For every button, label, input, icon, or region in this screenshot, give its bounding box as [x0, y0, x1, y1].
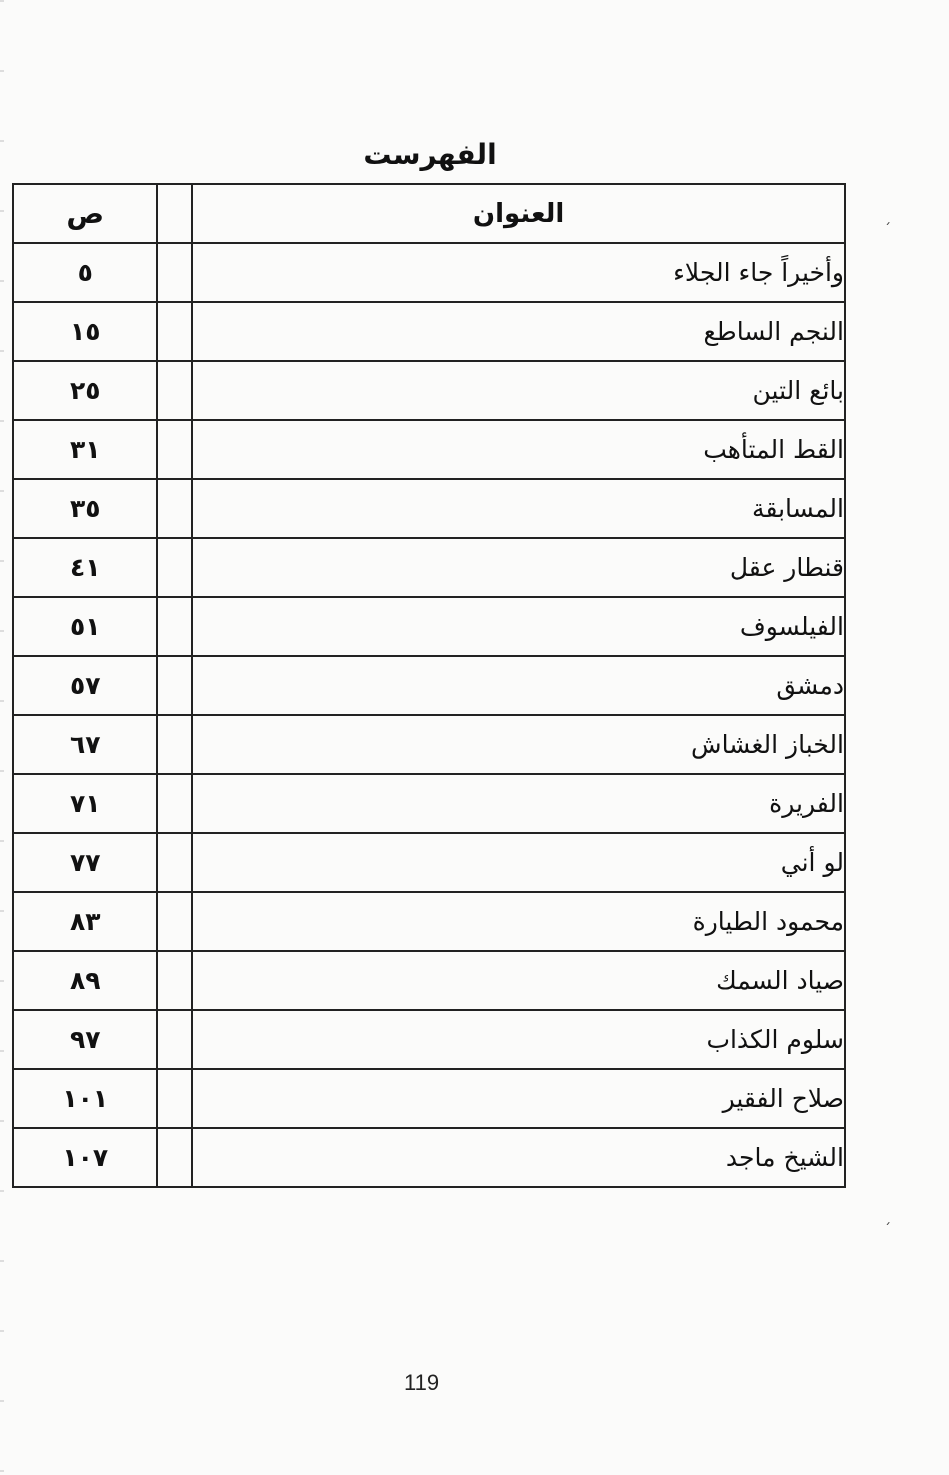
table-row: الفريرة٧١ [13, 774, 845, 833]
table-of-contents: العنوان ص وأخيراً جاء الجلاء٥النجم الساط… [12, 183, 846, 1188]
entry-page: ٨٣ [13, 892, 157, 951]
entry-page: ٥١ [13, 597, 157, 656]
table-row: بائع التين٢٥ [13, 361, 845, 420]
entry-page: ٩٧ [13, 1010, 157, 1069]
entry-empty-cell [157, 243, 192, 302]
table-row: المسابقة٣٥ [13, 479, 845, 538]
table-row: محمود الطيارة٨٣ [13, 892, 845, 951]
page-number: 119 [404, 1370, 439, 1396]
entry-empty-cell [157, 420, 192, 479]
entry-title: القط المتأهب [192, 420, 845, 479]
entry-empty-cell [157, 1128, 192, 1187]
entry-page: ٦٧ [13, 715, 157, 774]
entry-empty-cell [157, 538, 192, 597]
margin-mark: ˊ [884, 222, 891, 238]
entry-empty-cell [157, 1069, 192, 1128]
entry-title: بائع التين [192, 361, 845, 420]
entry-title: وأخيراً جاء الجلاء [192, 243, 845, 302]
table-row: القط المتأهب٣١ [13, 420, 845, 479]
table-row: قنطار عقل٤١ [13, 538, 845, 597]
entry-empty-cell [157, 833, 192, 892]
entry-title: صياد السمك [192, 951, 845, 1010]
header-empty [157, 184, 192, 243]
header-title: العنوان [192, 184, 845, 243]
entry-page: ٥ [13, 243, 157, 302]
entry-empty-cell [157, 892, 192, 951]
header-page: ص [13, 184, 157, 243]
entry-title: الخباز الغشاش [192, 715, 845, 774]
entry-page: ٨٩ [13, 951, 157, 1010]
table-row: وأخيراً جاء الجلاء٥ [13, 243, 845, 302]
entry-empty-cell [157, 302, 192, 361]
entry-empty-cell [157, 597, 192, 656]
entry-page: ١٠٧ [13, 1128, 157, 1187]
table-row: صلاح الفقير١٠١ [13, 1069, 845, 1128]
table-row: الفيلسوف٥١ [13, 597, 845, 656]
entry-title: لو أني [192, 833, 845, 892]
entry-title: سلوم الكذاب [192, 1010, 845, 1069]
page-edge-shadow [0, 0, 4, 1475]
entry-title: محمود الطيارة [192, 892, 845, 951]
entry-title: النجم الساطع [192, 302, 845, 361]
entry-empty-cell [157, 656, 192, 715]
table-row: سلوم الكذاب٩٧ [13, 1010, 845, 1069]
page-title: الفهرست [0, 138, 860, 171]
entry-empty-cell [157, 774, 192, 833]
entry-page: ٥٧ [13, 656, 157, 715]
entry-page: ٧١ [13, 774, 157, 833]
table-row: الخباز الغشاش٦٧ [13, 715, 845, 774]
entry-page: ٤١ [13, 538, 157, 597]
entry-page: ٢٥ [13, 361, 157, 420]
entry-page: ١٥ [13, 302, 157, 361]
entry-title: صلاح الفقير [192, 1069, 845, 1128]
table-row: النجم الساطع١٥ [13, 302, 845, 361]
entry-page: ٧٧ [13, 833, 157, 892]
entry-title: الفريرة [192, 774, 845, 833]
entry-empty-cell [157, 479, 192, 538]
table-row: دمشق٥٧ [13, 656, 845, 715]
entry-page: ٣٥ [13, 479, 157, 538]
entry-title: الفيلسوف [192, 597, 845, 656]
entry-empty-cell [157, 1010, 192, 1069]
margin-mark: ˊ [884, 1222, 891, 1238]
entry-title: المسابقة [192, 479, 845, 538]
entry-title: دمشق [192, 656, 845, 715]
entry-empty-cell [157, 951, 192, 1010]
table-header-row: العنوان ص [13, 184, 845, 243]
table-row: صياد السمك٨٩ [13, 951, 845, 1010]
entry-page: ١٠١ [13, 1069, 157, 1128]
entry-page: ٣١ [13, 420, 157, 479]
entry-empty-cell [157, 361, 192, 420]
table-row: لو أني٧٧ [13, 833, 845, 892]
table-row: الشيخ ماجد١٠٧ [13, 1128, 845, 1187]
entry-title: قنطار عقل [192, 538, 845, 597]
entry-empty-cell [157, 715, 192, 774]
entry-title: الشيخ ماجد [192, 1128, 845, 1187]
